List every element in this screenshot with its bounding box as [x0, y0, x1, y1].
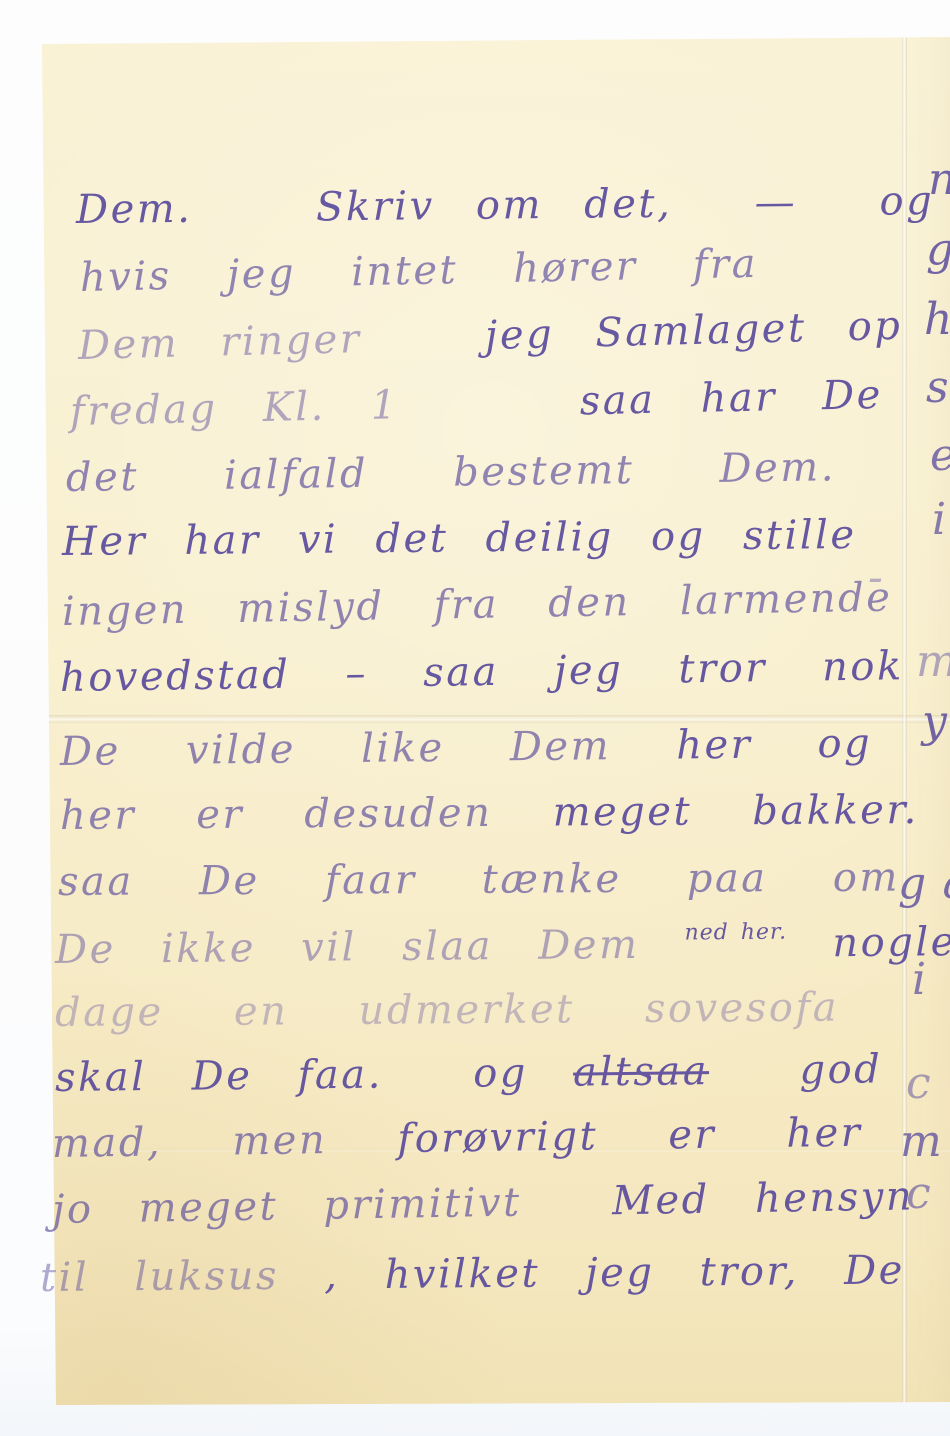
page-edge-stroke: c [906, 1172, 931, 1216]
page-edge-stroke: m [916, 640, 950, 684]
handwriting-segment: Dem. Skriv om det, — og [76, 178, 935, 233]
page-edge-stroke: g [926, 228, 950, 272]
handwriting-line: hovedstad – saa jeg tror nok [60, 646, 904, 698]
page-edge-stroke: - [868, 556, 883, 600]
handwriting-line: skal De faa. og altsaa god [55, 1049, 883, 1098]
handwriting-line: Her har vi det deilig og stille [62, 515, 857, 562]
handwriting-segment: De vilde like Dem [60, 723, 677, 775]
handwriting-segment: , hvilket [324, 1250, 585, 1298]
page-edge-stroke: c [906, 1062, 931, 1106]
handwriting-segment: De ikke vil slaa Dem [55, 922, 685, 973]
page-edge-stroke: m [900, 1120, 942, 1164]
handwriting-segment: ned her. [684, 920, 787, 946]
handwriting-line: dage en udmerket sovesofa [55, 988, 839, 1033]
handwriting-segment: meget bakker. [552, 787, 919, 836]
handwriting-segment: til luksus [40, 1253, 325, 1301]
handwriting-segment: dage en udmerket sovesofa [55, 985, 839, 1036]
handwriting-segment: her er desuden [60, 790, 553, 839]
handwriting-segment: her og [676, 720, 872, 768]
page-edge-stroke: s [926, 366, 949, 410]
handwriting-line: saa De faar tænke paa om [58, 858, 900, 902]
handwriting-segment: saa De faar tænke paa om [58, 855, 900, 905]
handwriting-segment: Med hensyn [612, 1173, 915, 1224]
page-edge-stroke: i [912, 958, 926, 1002]
handwriting-line: det ialfald bestemt Dem. [66, 447, 836, 498]
page-edge-stroke: g q [898, 862, 950, 906]
handwriting-line: De ikke vil slaa Dem ned her. nogle [55, 920, 950, 970]
handwriting-segment: altsaa [573, 1048, 709, 1095]
handwriting-line: mad, men forøvrigt er her [52, 1113, 863, 1164]
scan-background: Dem. Skriv om det, — oghvis jeg intet hø… [0, 0, 950, 1436]
handwriting-line: De vilde like Dem her og [60, 723, 873, 772]
page-edge-stroke: e [930, 434, 950, 478]
handwriting-segment: god [709, 1046, 883, 1094]
handwriting-segment: saa har De [579, 372, 883, 424]
handwriting-segment: Her har vi det deilig og stille [62, 512, 857, 565]
handwriting-segment: skal De faa. og [55, 1050, 574, 1101]
page-edge-stroke: y [922, 700, 947, 744]
handwriting-line: Dem. Skriv om det, — og [76, 181, 935, 230]
page-edge-stroke: i [932, 498, 946, 542]
page-edge-stroke: n [928, 158, 950, 202]
handwriting-segment: jo meget primitivt [52, 1178, 613, 1233]
handwriting-line: til luksus , hvilket jeg tror, De [40, 1250, 905, 1298]
page-edge-stroke: h [924, 298, 950, 342]
handwriting-segment: jeg tror, De [585, 1247, 905, 1296]
handwriting-segment: forøvrigt er her [397, 1110, 863, 1162]
handwriting-segment: mad, men [52, 1116, 398, 1167]
handwriting-line: her er desuden meget bakker. [60, 790, 919, 836]
